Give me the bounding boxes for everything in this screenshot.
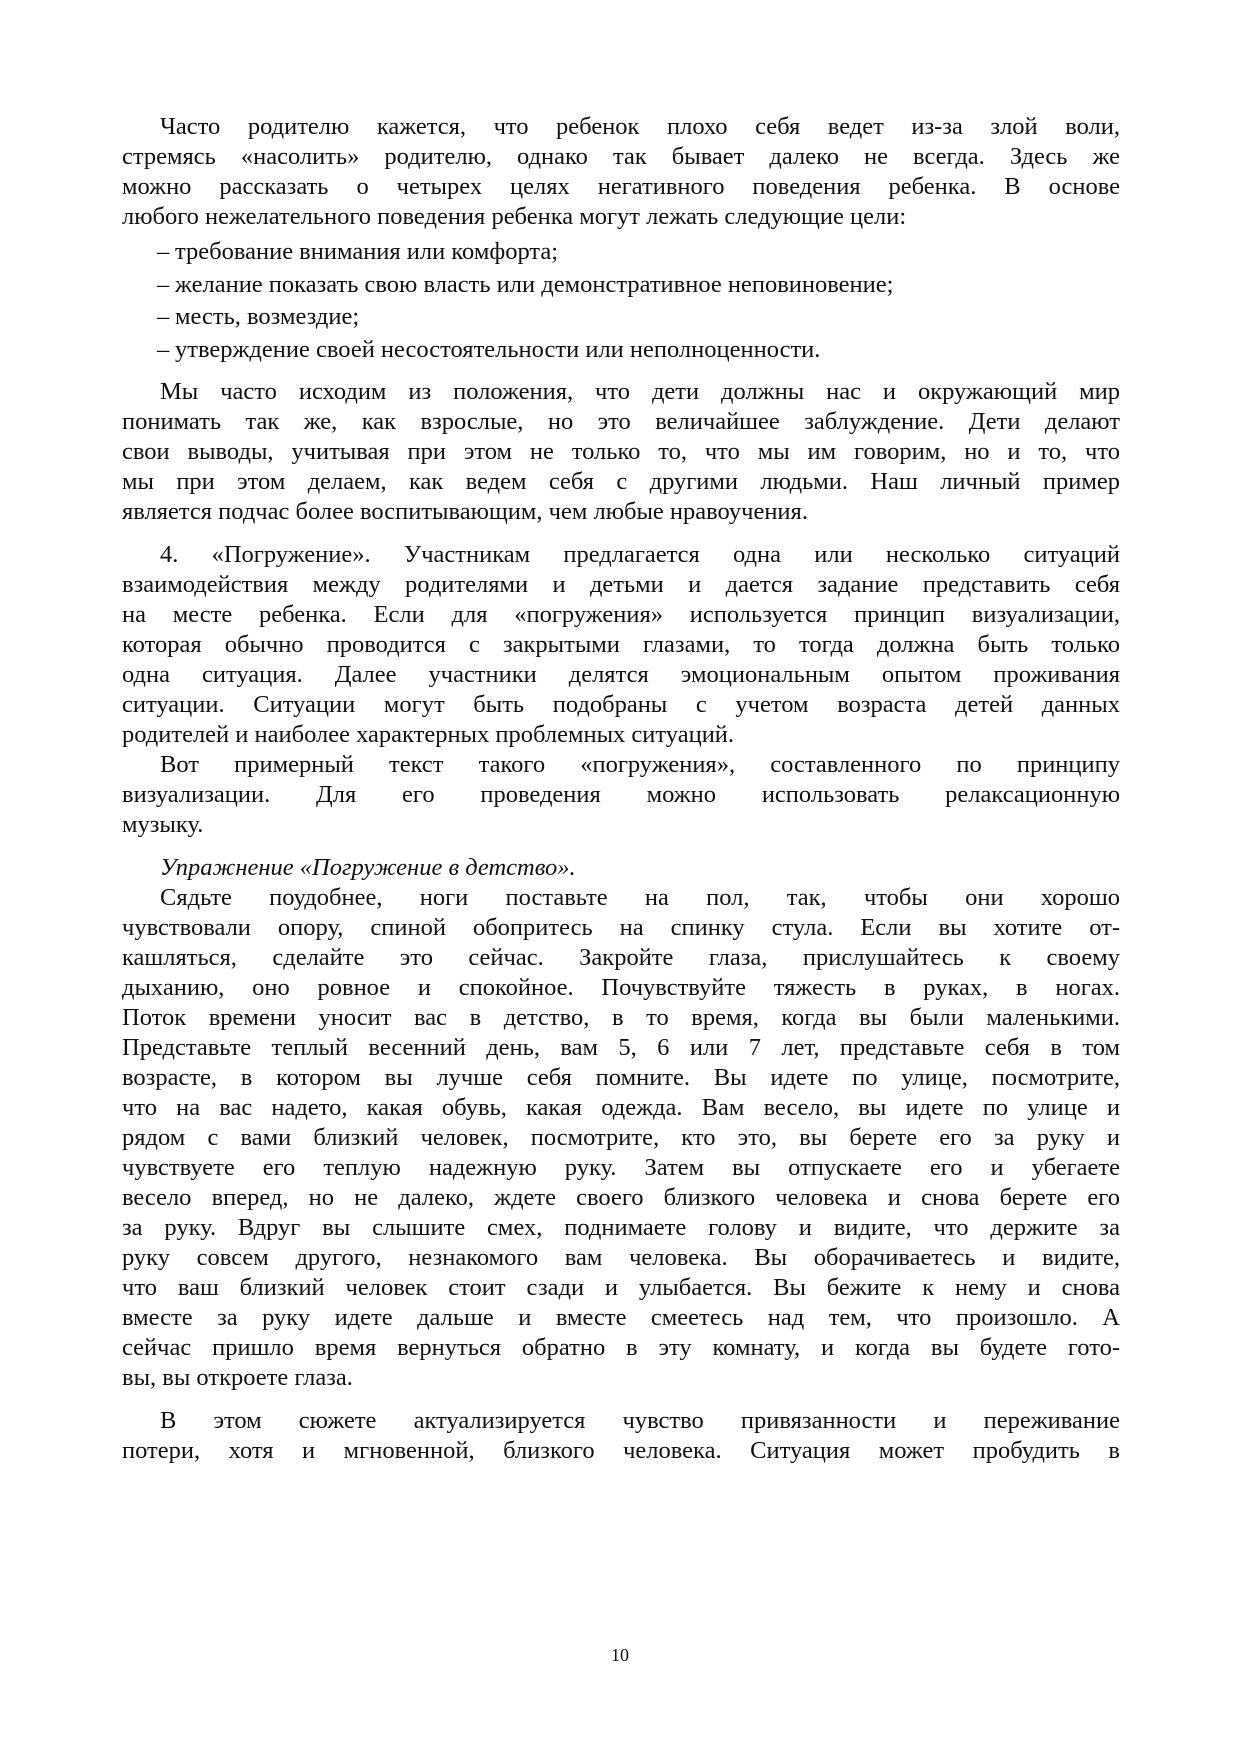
list-item-text: утверждение своей несостоятельности или … bbox=[175, 336, 820, 363]
dash-bullet: – bbox=[157, 270, 175, 300]
list-item-text: требование внимания или комфорта; bbox=[175, 238, 558, 265]
text-line: В этом сюжете актуализируется чувство пр… bbox=[160, 1406, 1120, 1436]
text-line: дыханию, оно ровное и спокойное. Почувст… bbox=[122, 973, 1120, 1003]
list-item: –утверждение своей несостоятельности или… bbox=[157, 335, 820, 365]
list-item: –желание показать свою власть или демонс… bbox=[157, 270, 893, 300]
text-line: чувствовали опору, спиной обопритесь на … bbox=[122, 913, 1120, 943]
text-line: Мы часто исходим из положения, что дети … bbox=[160, 377, 1120, 407]
text-line: свои выводы, учитывая при этом не только… bbox=[122, 437, 1120, 467]
text-line: вместе за руку идете дальше и вместе сме… bbox=[122, 1303, 1120, 1333]
text-line: на месте ребенка. Если для «погружения» … bbox=[122, 600, 1120, 630]
text-line: Представьте теплый весенний день, вам 5,… bbox=[122, 1033, 1120, 1063]
text-line: музыку. bbox=[122, 810, 1120, 840]
list-item: –месть, возмездие; bbox=[157, 302, 359, 332]
text-line: рядом с вами близкий человек, посмотрите… bbox=[122, 1123, 1120, 1153]
text-line: взаимодействия между родителями и детьми… bbox=[122, 570, 1120, 600]
text-line: одна ситуация. Далее участники делятся э… bbox=[122, 660, 1120, 690]
text-line: визуализации. Для его проведения можно и… bbox=[122, 780, 1120, 810]
text-line: понимать так же, как взрослые, но это ве… bbox=[122, 407, 1120, 437]
dash-bullet: – bbox=[157, 237, 175, 267]
text-line: любого нежелательного поведения ребенка … bbox=[122, 202, 1120, 232]
text-line: весело вперед, но не далеко, ждете своег… bbox=[122, 1183, 1120, 1213]
text-line: Сядьте поудобнее, ноги поставьте на пол,… bbox=[160, 883, 1120, 913]
dash-bullet: – bbox=[157, 335, 175, 365]
text-line: вы, вы откроете глаза. bbox=[122, 1363, 1120, 1393]
text-line: чувствуете его теплую надежную руку. Зат… bbox=[122, 1153, 1120, 1183]
text-line: можно рассказать о четырех целях негатив… bbox=[122, 172, 1120, 202]
text-line: руку совсем другого, незнакомого вам чел… bbox=[122, 1243, 1120, 1273]
text-line: Поток времени уносит вас в детство, в то… bbox=[122, 1003, 1120, 1033]
text-line: сейчас пришло время вернуться обратно в … bbox=[122, 1333, 1120, 1363]
text-line: потери, хотя и мгновенной, близкого чело… bbox=[122, 1436, 1120, 1466]
text-line: родителей и наиболее характерных проблем… bbox=[122, 720, 1120, 750]
text-line: является подчас более воспитывающим, чем… bbox=[122, 497, 1120, 527]
text-line: Часто родителю кажется, что ребенок плох… bbox=[160, 112, 1120, 142]
text-line: что ваш близкий человек стоит сзади и ул… bbox=[122, 1273, 1120, 1303]
text-line: которая обычно проводится с закрытыми гл… bbox=[122, 630, 1120, 660]
text-line: ситуации. Ситуации могут быть подобраны … bbox=[122, 690, 1120, 720]
exercise-title: Упражнение «Погружение в детство». bbox=[160, 853, 1120, 883]
list-item-text: месть, возмездие; bbox=[175, 303, 359, 330]
text-line: мы при этом делаем, как ведем себя с дру… bbox=[122, 467, 1120, 497]
text-line: 4. «Погружение». Участникам предлагается… bbox=[160, 540, 1120, 570]
text-line: за руку. Вдруг вы слышите смех, поднимае… bbox=[122, 1213, 1120, 1243]
text-line: возрасте, в котором вы лучше себя помнит… bbox=[122, 1063, 1120, 1093]
page-number: 10 bbox=[0, 1645, 1240, 1666]
text-line: кашляться, сделайте это сейчас. Закройте… bbox=[122, 943, 1120, 973]
document-page: Часто родителю кажется, что ребенок плох… bbox=[0, 0, 1240, 1754]
list-item-text: желание показать свою власть или демонст… bbox=[175, 271, 893, 298]
dash-bullet: – bbox=[157, 302, 175, 332]
text-line: что на вас надето, какая обувь, какая од… bbox=[122, 1093, 1120, 1123]
text-line: стремясь «насолить» родителю, однако так… bbox=[122, 142, 1120, 172]
list-item: –требование внимания или комфорта; bbox=[157, 237, 558, 267]
text-line: Вот примерный текст такого «погружения»,… bbox=[160, 750, 1120, 780]
